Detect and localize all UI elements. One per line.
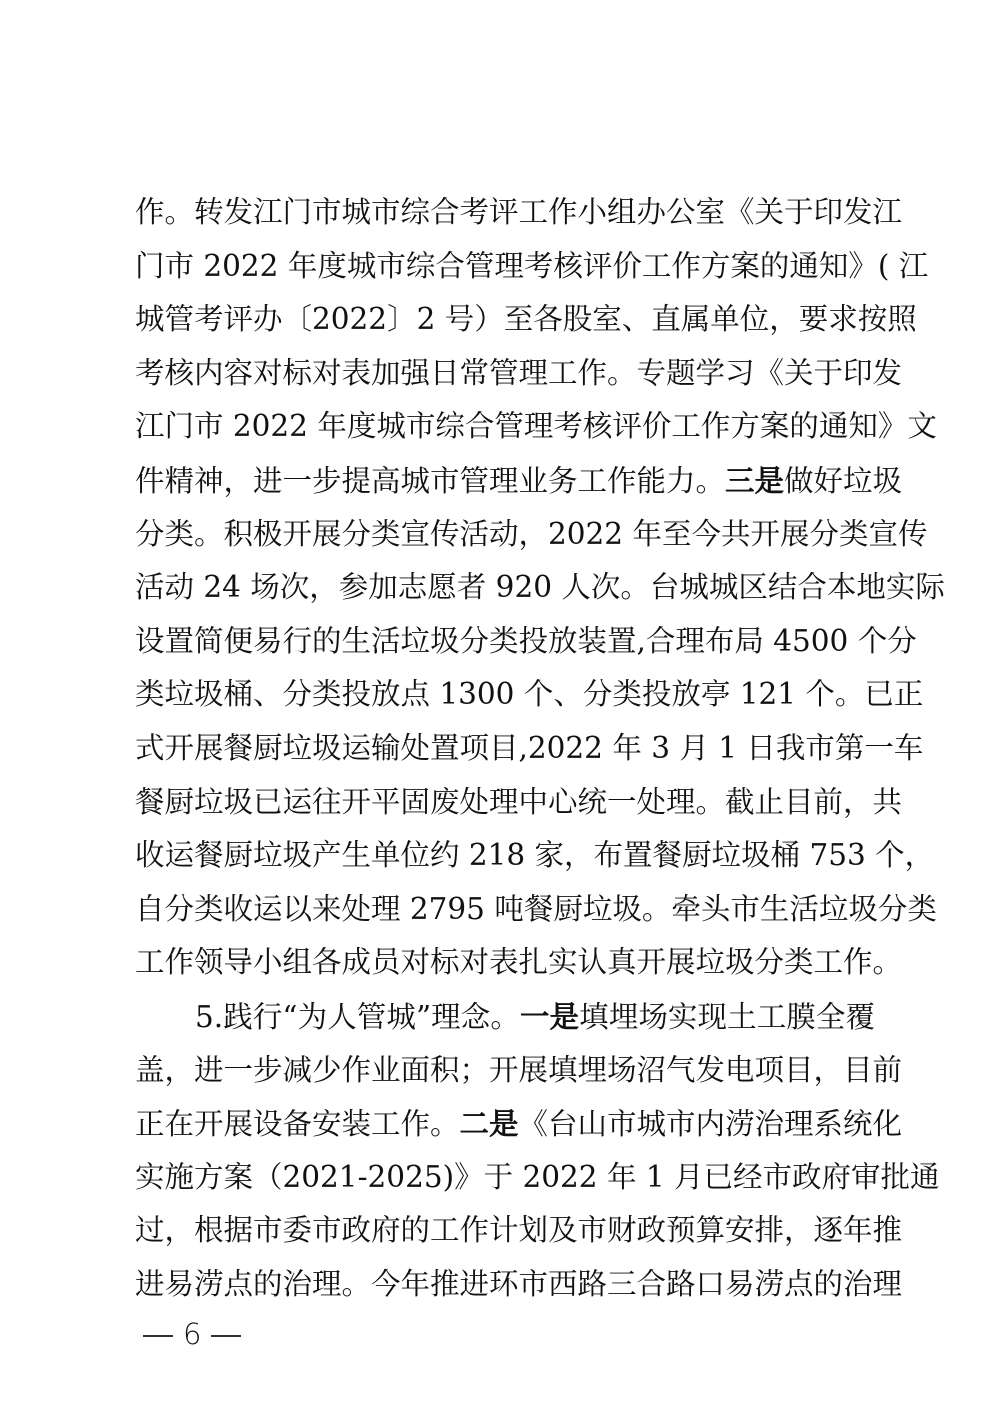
line-text: 盖，进一步减少作业面积；开展填埋场沼气发电项目，目前 xyxy=(135,1053,902,1087)
text-line: 江门市 2022 年度城市综合管理考核评价工作方案的通知》文 xyxy=(135,400,875,454)
document-page: 作。转发江门市城市综合考评工作小组办公室《关于印发江门市 2022 年度城市综合… xyxy=(0,0,1000,1414)
line-text: 《台山市城市内涝治理系统化 xyxy=(519,1107,903,1141)
text-line: 门市 2022 年度城市综合管理考核评价工作方案的通知》( 江 xyxy=(135,240,875,294)
emphasis-text: 二是 xyxy=(460,1106,519,1141)
line-text: 实施方案（2021-2025)》于 2022 年 1 月已经市政府审批通 xyxy=(135,1160,939,1194)
line-text: 城管考评办〔2022〕2 号）至各股室、直属单位，要求按照 xyxy=(135,302,917,336)
body-text: 作。转发江门市城市综合考评工作小组办公室《关于印发江门市 2022 年度城市综合… xyxy=(135,186,875,1311)
line-text: 工作领导小组各成员对标对表扎实认真开展垃圾分类工作。 xyxy=(135,945,902,979)
line-text: 考核内容对标对表加强日常管理工作。专题学习《关于印发 xyxy=(135,356,902,390)
text-line: 盖，进一步减少作业面积；开展填埋场沼气发电项目，目前 xyxy=(135,1044,875,1098)
line-text: 式开展餐厨垃圾运输处置项目,2022 年 3 月 1 日我市第一车 xyxy=(135,731,923,765)
text-line: 分类。积极开展分类宣传活动，2022 年至今共开展分类宣传 xyxy=(135,508,875,562)
left-dash xyxy=(143,1335,173,1337)
line-text: 做好垃圾 xyxy=(784,464,902,498)
text-line: 考核内容对标对表加强日常管理工作。专题学习《关于印发 xyxy=(135,347,875,401)
line-text: 江门市 2022 年度城市综合管理考核评价工作方案的通知》文 xyxy=(135,409,937,443)
line-text: 作。转发江门市城市综合考评工作小组办公室《关于印发江 xyxy=(135,195,902,229)
text-line: 进易涝点的治理。今年推进环市西路三合路口易涝点的治理 xyxy=(135,1258,875,1312)
line-text: 设置简便易行的生活垃圾分类投放装置,合理布局 4500 个分 xyxy=(135,624,917,658)
text-line: 正在开展设备安装工作。二是《台山市城市内涝治理系统化 xyxy=(135,1097,875,1151)
text-line: 活动 24 场次，参加志愿者 920 人次。台城城区结合本地实际 xyxy=(135,561,875,615)
line-text: 自分类收运以来处理 2795 吨餐厨垃圾。牵头市生活垃圾分类 xyxy=(135,892,937,926)
line-text: 过，根据市委市政府的工作计划及市财政预算安排，逐年推 xyxy=(135,1213,902,1247)
text-line: 自分类收运以来处理 2795 吨餐厨垃圾。牵头市生活垃圾分类 xyxy=(135,883,875,937)
text-line: 设置简便易行的生活垃圾分类投放装置,合理布局 4500 个分 xyxy=(135,615,875,669)
text-line: 餐厨垃圾已运往开平固废处理中心统一处理。截止目前，共 xyxy=(135,776,875,830)
text-line: 作。转发江门市城市综合考评工作小组办公室《关于印发江 xyxy=(135,186,875,240)
text-line: 实施方案（2021-2025)》于 2022 年 1 月已经市政府审批通 xyxy=(135,1151,875,1205)
line-text: 收运餐厨垃圾产生单位约 218 家，布置餐厨垃圾桶 753 个， xyxy=(135,838,934,872)
right-dash xyxy=(211,1335,241,1337)
text-line: 收运餐厨垃圾产生单位约 218 家，布置餐厨垃圾桶 753 个， xyxy=(135,829,875,883)
line-text: 门市 2022 年度城市综合管理考核评价工作方案的通知》( 江 xyxy=(135,249,928,283)
page-number-value: 6 xyxy=(183,1317,201,1351)
text-line: 5.践行“为人管城”理念。一是填埋场实现土工膜全覆 xyxy=(135,990,875,1044)
line-text: 件精神，进一步提高城市管理业务工作能力。 xyxy=(135,464,725,498)
emphasis-text: 三是 xyxy=(725,463,784,498)
line-text: 5.践行“为人管城”理念。 xyxy=(195,1000,520,1034)
line-text: 填埋场实现土工膜全覆 xyxy=(579,1000,875,1034)
text-line: 城管考评办〔2022〕2 号）至各股室、直属单位，要求按照 xyxy=(135,293,875,347)
line-text: 类垃圾桶、分类投放点 1300 个、分类投放亭 121 个。已正 xyxy=(135,677,923,711)
line-text: 分类。积极开展分类宣传活动，2022 年至今共开展分类宣传 xyxy=(135,517,927,551)
text-line: 工作领导小组各成员对标对表扎实认真开展垃圾分类工作。 xyxy=(135,936,875,990)
page-number: 6 xyxy=(133,1314,251,1354)
line-text: 进易涝点的治理。今年推进环市西路三合路口易涝点的治理 xyxy=(135,1267,902,1301)
line-text: 正在开展设备安装工作。 xyxy=(135,1107,460,1141)
line-text: 活动 24 场次，参加志愿者 920 人次。台城城区结合本地实际 xyxy=(135,570,945,604)
line-text: 餐厨垃圾已运往开平固废处理中心统一处理。截止目前，共 xyxy=(135,785,902,819)
text-line: 类垃圾桶、分类投放点 1300 个、分类投放亭 121 个。已正 xyxy=(135,668,875,722)
text-line: 件精神，进一步提高城市管理业务工作能力。三是做好垃圾 xyxy=(135,454,875,508)
text-line: 过，根据市委市政府的工作计划及市财政预算安排，逐年推 xyxy=(135,1204,875,1258)
text-line: 式开展餐厨垃圾运输处置项目,2022 年 3 月 1 日我市第一车 xyxy=(135,722,875,776)
emphasis-text: 一是 xyxy=(520,999,579,1034)
